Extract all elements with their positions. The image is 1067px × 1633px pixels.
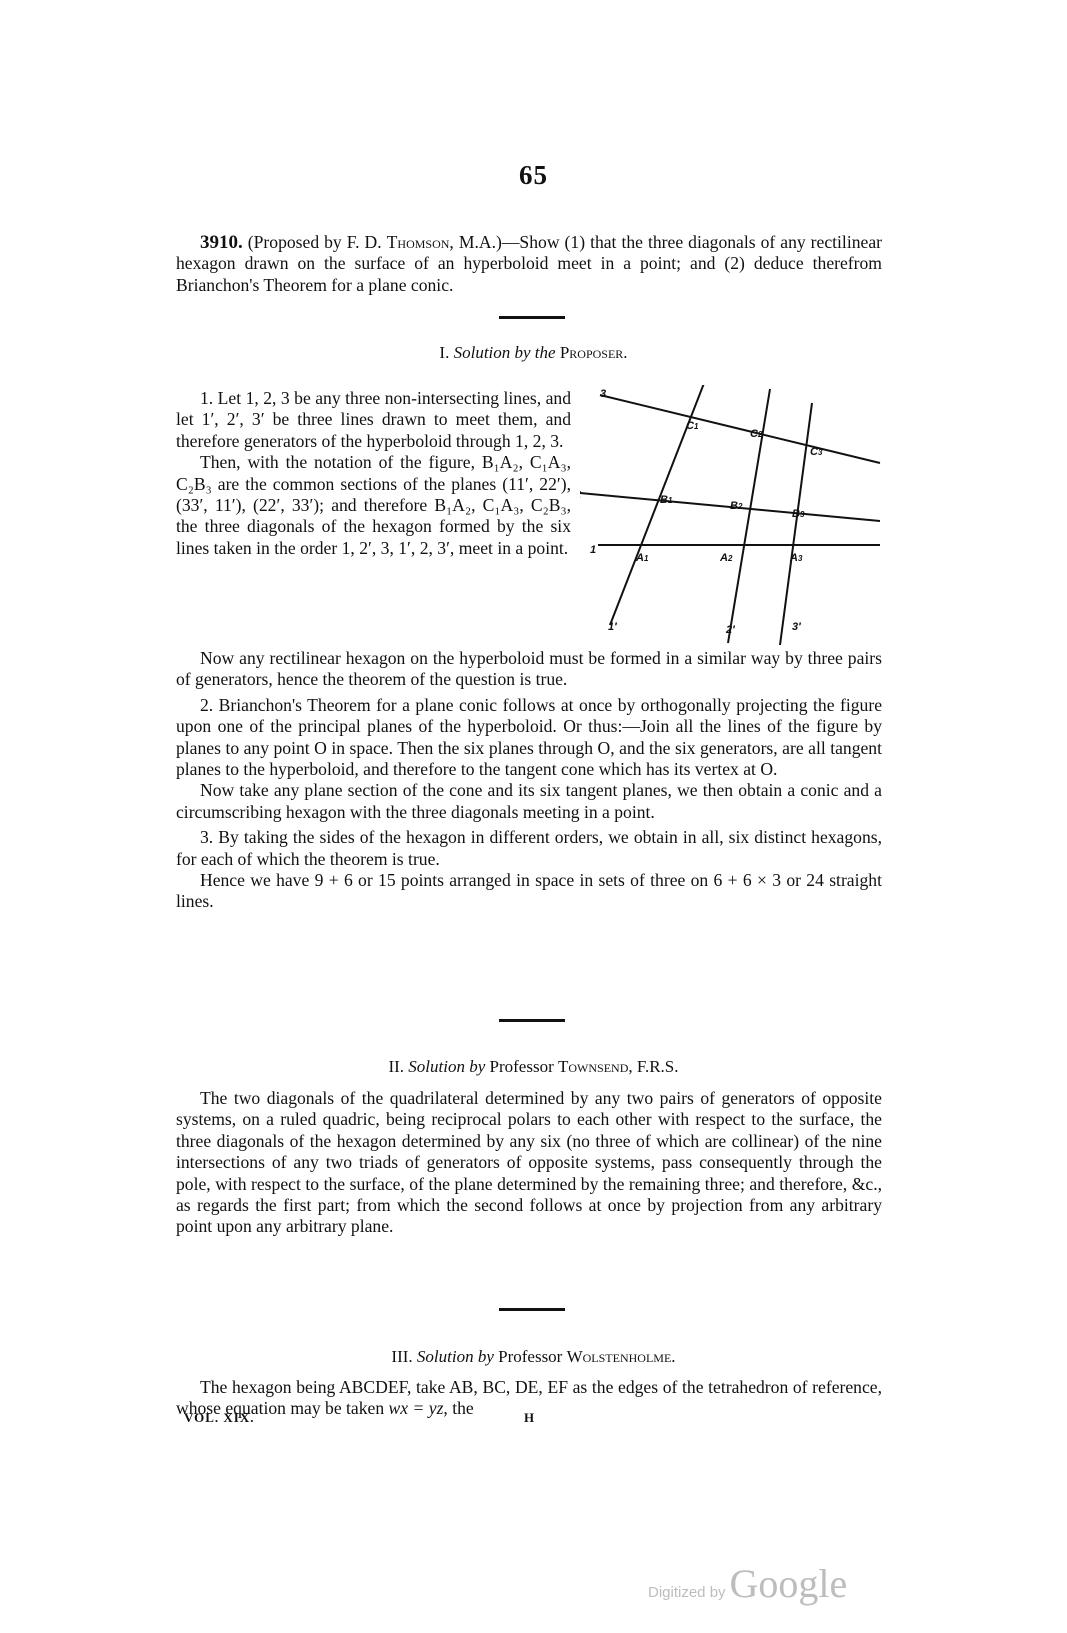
volume-label: VOL. XIX. [184,1410,255,1426]
solution-3-equation: wx = yz [389,1398,444,1418]
section-divider [499,316,565,319]
heading-italic: Solution by the [454,343,556,362]
section-divider [499,1308,565,1311]
label-A2: A2 [719,552,733,564]
heading-italic: Solution by [417,1347,494,1366]
digitized-watermark: Digitized by Google [648,1560,847,1607]
label-C2: C2 [750,428,763,440]
signature-mark: H [524,1410,534,1426]
heading-prefix: Professor [498,1347,562,1366]
label-B2: B2 [730,500,743,512]
hyperboloid-diagram: 3 2 1 1′ 2′ 3′ C1 C2 C3 B1 B2 B3 A1 A2 A… [580,385,890,685]
heading-italic: Solution by [408,1057,485,1076]
document-page: 65 3910. (Proposed by F. D. Thomson, M.A… [0,0,1067,1633]
google-logo: Google [730,1561,848,1606]
generator-lines-figure: 3 2 1 1′ 2′ 3′ C1 C2 C3 B1 B2 B3 A1 A2 A… [580,385,890,685]
proposer-prefix: (Proposed by F. D. [248,232,382,252]
label-C1: C1 [686,420,699,432]
watermark-prefix: Digitized by [648,1584,726,1601]
solution-1-column: 1. Let 1, 2, 3 be any three non-intersec… [176,388,571,559]
problem-statement: 3910. (Proposed by F. D. Thomson, M.A.)—… [176,232,882,296]
label-line-2: 2 [580,489,581,501]
solution-1-para-2: Then, with the notation of the figure, B… [176,452,571,559]
solution-3-heading: III. Solution by Professor Wolstenholme. [0,1347,1067,1367]
solution-3-text-end: , the [443,1398,473,1418]
label-line-3-prime: 3′ [792,621,802,633]
heading-suffix: , F.R.S. [628,1057,678,1076]
label-A1: A1 [635,552,649,564]
solution-2-body: The two diagonals of the quadrilateral d… [176,1088,882,1238]
label-B3: B3 [792,508,805,520]
heading-name: Proposer. [560,343,628,362]
label-B1: B1 [660,494,673,506]
heading-prefix: Professor [490,1057,554,1076]
solution-1-para-3: Now any rectilinear hexagon on the hyper… [176,648,882,691]
heading-name: Townsend [558,1057,628,1076]
section-divider [499,1019,565,1022]
solution-1-continued: Now any rectilinear hexagon on the hyper… [176,648,882,913]
solution-1-para-5: Now take any plane section of the cone a… [176,780,882,823]
solution-2-para-1: The two diagonals of the quadrilateral d… [176,1088,882,1238]
problem-number: 3910. [200,232,243,253]
label-C3: C3 [810,446,823,458]
heading-numeral: II. [388,1057,404,1076]
solution-1-para-6: 3. By taking the sides of the hexagon in… [176,827,882,870]
label-line-3: 3 [600,388,606,400]
solution-1-para-1: 1. Let 1, 2, 3 be any three non-intersec… [176,388,571,452]
solution-2-heading: II. Solution by Professor Townsend, F.R.… [0,1057,1067,1077]
page-number: 65 [0,160,1067,191]
solution-1-para-7: Hence we have 9 + 6 or 15 points arrange… [176,870,882,913]
solution-1-heading: I. Solution by the Proposer. [0,343,1067,363]
label-A3: A3 [789,552,803,564]
heading-name: Wolstenholme. [567,1347,676,1366]
label-line-2-prime: 2′ [725,624,736,636]
heading-numeral: I. [439,343,449,362]
heading-numeral: III. [391,1347,412,1366]
label-line-1: 1 [590,544,596,556]
solution-1-para-4: 2. Brianchon's Theorem for a plane conic… [176,695,882,781]
label-line-1-prime: 1′ [608,621,618,633]
proposer-name: Thomson [387,232,450,252]
